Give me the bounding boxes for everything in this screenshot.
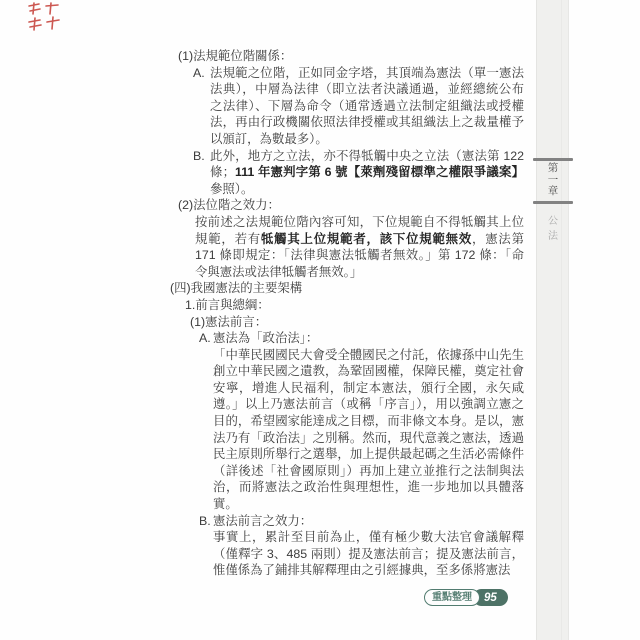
item-A2-body: 「中華民國國民大會受全體國民之付託，依據孫中山先生創立中華民國之遺教，為鞏固國權… (178, 347, 524, 513)
tab-bar-bottom (533, 201, 573, 204)
item-B1-label: B. (193, 148, 205, 165)
item-A2-label: A. (199, 330, 211, 347)
section-1-heading: (1)法規範位階關係： (178, 48, 524, 65)
section-2-label: (2) (178, 198, 193, 212)
item-B2-title: 憲法前言之效力： (213, 514, 312, 528)
chapter-char: 第 (533, 163, 573, 175)
section-4-heading: (四)我國憲法的主要架構 (170, 280, 524, 297)
chapter-label: 第 一 章 (533, 161, 573, 201)
section-char: 公 (533, 214, 573, 229)
item-A1-label: A. (193, 65, 205, 82)
section-1-label: (1) (178, 49, 193, 63)
section-4-1-1-title: 憲法前言： (205, 315, 267, 329)
red-pen-marks-icon (26, 2, 64, 37)
section-label: 公 法 (533, 214, 573, 244)
section-2-text-bold: 牴觸其上位規範者，該下位規範無效 (261, 232, 472, 246)
item-A2-text: 「中華民國國民大會受全體國民之付託，依據孫中山先生創立中華民國之遺教，為鞏固國權… (213, 348, 524, 511)
band-inner-line (561, 0, 562, 640)
section-char: 法 (533, 229, 573, 244)
section-4-1-heading: 1.前言與總綱： (178, 297, 524, 314)
chapter-tab: 第 一 章 公 法 (533, 158, 573, 244)
item-A1-text: 法規範之位階，正如同金字塔，其頂端為憲法（單一憲法法典），中層為法律（即立法者決… (210, 66, 524, 146)
book-page: 第 一 章 公 法 (1)法規範位階關係： A.法規範之位階，正如同金字塔，其頂… (0, 0, 640, 640)
section-2-heading: (2)法位階之效力： (178, 197, 524, 214)
item-A2-title: 憲法為「政治法」： (213, 331, 318, 345)
footer-badge-label: 重點整理 (424, 589, 480, 606)
chapter-char: 章 (533, 186, 573, 198)
item-B1-text-post: 參照）。 (210, 182, 253, 196)
item-B1: B.此外，地方之立法，亦不得牴觸中央之立法（憲法第 122 條；111 年憲判字… (178, 148, 524, 198)
section-4-1-1-heading: (1)憲法前言： (178, 314, 524, 331)
section-2-title: 法位階之效力： (193, 198, 280, 212)
item-B2-heading: B.憲法前言之效力： (178, 513, 524, 530)
item-A1: A.法規範之位階，正如同金字塔，其頂端為憲法（單一憲法法典），中層為法律（即立法… (178, 65, 524, 148)
item-B2-text: 事實上，累計至目前為止，僅有極少數大法官會議解釋（僅釋字 3、485 兩則）提及… (213, 530, 524, 577)
main-text-column: (1)法規範位階關係： A.法規範之位階，正如同金字塔，其頂端為憲法（單一憲法法… (178, 48, 524, 579)
item-B2-body: 事實上，累計至目前為止，僅有極少數大法官會議解釋（僅釋字 3、485 兩則）提及… (178, 529, 524, 579)
section-2-paragraph: 按前述之法規範位階內容可知，下位規範自不得牴觸其上位規範，若有牴觸其上位規範者，… (178, 214, 524, 280)
item-A2-heading: A.憲法為「政治法」： (178, 330, 524, 347)
page-margin-band (536, 0, 569, 640)
item-B1-text-bold: 111 年憲判字第 6 號【萊劑殘留標準之權限爭議案】 (235, 165, 524, 179)
section-4-1-1-label: (1) (190, 315, 205, 329)
page-footer-badge: 重點整理 95 (424, 589, 508, 606)
section-1-title: 法規範位階關係： (193, 49, 292, 63)
item-B2-label: B. (199, 513, 211, 530)
